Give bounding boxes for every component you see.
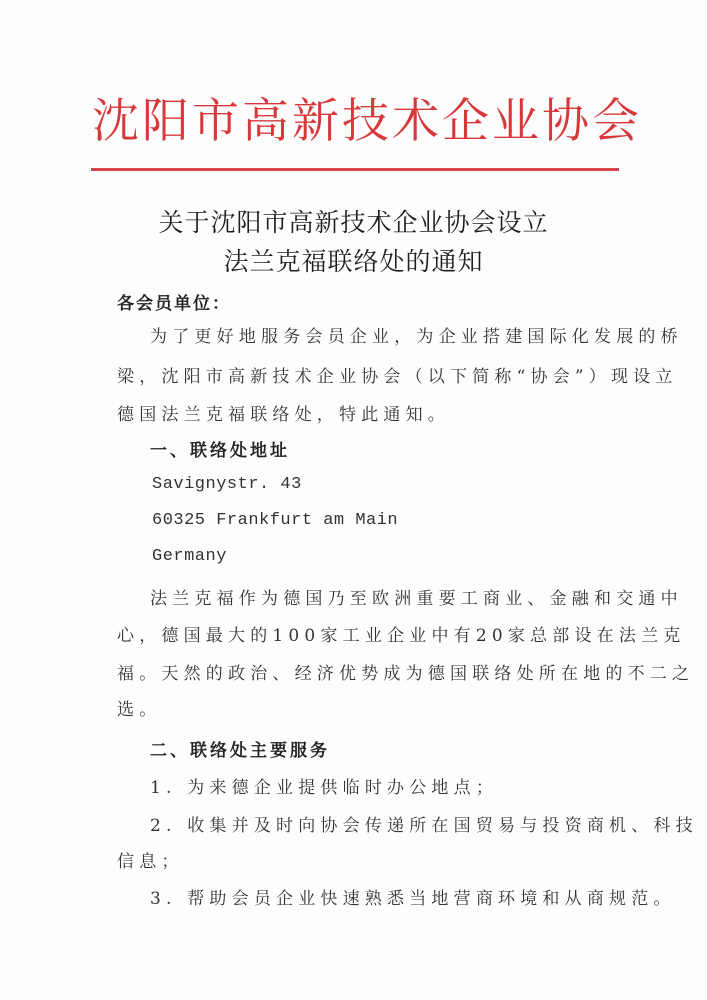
frankfurt-description-line-4: 选。: [117, 695, 161, 720]
document-page: 沈阳市高新技术企业协会 关于沈阳市高新技术企业协会设立 法兰克福联络处的通知 各…: [0, 0, 707, 1000]
frankfurt-description-line-2: 心，德国最大的100家工业企业中有20家总部设在法兰克: [117, 621, 685, 646]
service-item-1: 1. 为来德企业提供临时办公地点；: [150, 773, 498, 798]
intro-line-2: 梁，沈阳市高新技术企业协会（以下简称“协会”）现设立: [117, 362, 678, 387]
address-city: 60325 Frankfurt am Main: [152, 511, 398, 530]
frankfurt-description-line-1: 法兰克福作为德国乃至欧洲重要工商业、金融和交通中: [150, 584, 683, 609]
intro-line-1: 为了更好地服务会员企业，为企业搭建国际化发展的桥: [150, 322, 683, 347]
address-country: Germany: [152, 547, 227, 566]
letterhead-divider: [91, 168, 619, 171]
notice-title-line-1: 关于沈阳市高新技术企业协会设立: [0, 203, 707, 239]
service-item-2-continued: 信息；: [117, 847, 184, 872]
section-1-heading: 一、联络处地址: [150, 436, 290, 461]
intro-line-3: 德国法兰克福联络处，特此通知。: [117, 400, 450, 425]
service-item-3: 3. 帮助会员企业快速熟悉当地营商环境和从商规范。: [150, 884, 676, 909]
frankfurt-description-line-3: 福。天然的政治、经济优势成为德国联络处所在地的不二之: [117, 659, 694, 684]
section-2-heading: 二、联络处主要服务: [150, 736, 330, 761]
service-item-2: 2. 收集并及时向协会传递所在国贸易与投资商机、科技: [150, 811, 698, 836]
address-street: Savignystr. 43: [152, 475, 302, 494]
salutation: 各会员单位：: [117, 289, 231, 314]
notice-title-line-2: 法兰克福联络处的通知: [0, 242, 707, 278]
organization-letterhead: 沈阳市高新技术企业协会: [92, 92, 622, 152]
